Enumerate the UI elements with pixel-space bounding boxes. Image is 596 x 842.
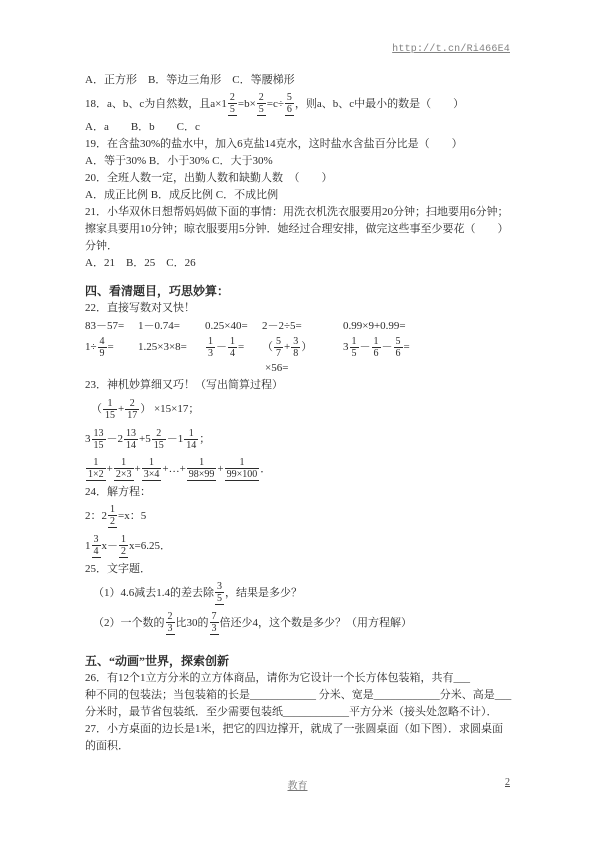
text-run: （2）一个数的 [93, 616, 165, 630]
q19: 19．在含盐30%的盐水中，加入6克盐14克水，这时盐水含盐百分比是（ ） [85, 136, 512, 153]
fraction: 198×99 [187, 457, 217, 481]
fraction: 73 [210, 611, 219, 635]
q24: 24．解方程： [85, 484, 512, 501]
q22-row1: 83－57=1－0.74=0.25×40=2－2÷5=0.99×9+0.99= [85, 317, 512, 335]
fraction: 13×4 [142, 457, 162, 481]
text-run: 倍还少4，这个数是多少？（用方程解） [220, 616, 413, 630]
text-run: 18．a、b、c为自然数，且a×1 [85, 97, 227, 111]
text-run: +…+ [162, 462, 185, 476]
expression-cell: 0.25×40= [205, 318, 262, 335]
text-run: + [107, 462, 113, 476]
q18-choices: A．a B．b C．c [85, 119, 512, 136]
q23: 23．神机妙算细又巧！（写出简算过程） [85, 377, 512, 394]
fraction: 56 [285, 92, 294, 116]
text-run: 83－57= [85, 318, 124, 335]
text-run: ） ×15×17； [140, 402, 199, 416]
text-run: ，结果是多少？ [225, 586, 302, 600]
text-run: + [135, 462, 141, 476]
q26-line2: 种不同的包装法；当包装箱的长是____________ 分米、宽是_______… [85, 687, 512, 704]
q24-eq2: 134x－12x=6.25． [85, 531, 512, 561]
text-run: = [108, 339, 114, 356]
text-run: － [360, 339, 371, 356]
text-run: （1）4.6减去1.4的差去除 [93, 586, 214, 600]
q23-expr2: 31315－21314+5215－1114； [85, 424, 512, 454]
q27-line2: 的面积． [85, 738, 512, 755]
q25-part2: （2）一个数的23比30的73倍还少4，这个数是多少？（用方程解） [93, 608, 512, 638]
q19-choices: A．等于30% B．小于30% C．大于30% [85, 153, 512, 170]
text-run: 0.25×40= [205, 318, 248, 335]
text-run: － [216, 339, 227, 356]
text-run: = [404, 339, 410, 356]
expression-cell: 1－0.74= [138, 318, 205, 335]
fraction: 114 [184, 428, 198, 451]
fraction: 12 [119, 534, 128, 558]
q23-expr1: （115+217） ×15×17； [91, 394, 512, 424]
q21-line2: 擦家具要用10分钟；晾衣服要用5分钟．她经过合理安排，做完这些事至少要花（ ） [85, 221, 512, 238]
text-run: + [284, 339, 290, 356]
fraction: 13 [206, 336, 215, 359]
fraction: 49 [98, 336, 107, 359]
text-run: + [217, 462, 223, 476]
fraction: 217 [125, 398, 139, 421]
fraction: 14 [228, 336, 237, 359]
text-run: ） [301, 339, 312, 356]
section-5-heading: 五、“动画”世界，探索创新 [85, 652, 512, 670]
fraction: 11×2 [86, 457, 106, 481]
text-run: x=6.25． [129, 539, 171, 553]
text-run: ； [199, 432, 210, 446]
expression-cell: 1÷49= [85, 335, 138, 360]
fraction: 57 [274, 336, 283, 359]
q18: 18．a、b、c为自然数，且a×125=b×25=c÷56，则a、b、c中最小的… [85, 89, 512, 119]
fraction: 215 [152, 428, 166, 451]
text-run: 比30的 [176, 616, 209, 630]
text-run: x－ [102, 539, 119, 553]
fraction: 25 [257, 92, 266, 116]
fraction: 35 [215, 581, 224, 605]
fraction: 56 [394, 336, 403, 359]
fraction: 1315 [92, 428, 106, 451]
page-footer: 教育 2 [85, 777, 510, 792]
fraction: 15 [350, 336, 359, 359]
document-lines: A．正方形 B．等边三角形 C．等腰梯形18．a、b、c为自然数，且a×125=… [85, 72, 512, 755]
q22: 22．直接写数对又快！ [85, 300, 512, 317]
text-run: =c÷ [267, 97, 284, 111]
q21-line1: 21．小华双休日想帮妈妈做下面的事情：用洗衣机洗衣服要用20分钟；扫地要用6分钟… [85, 204, 512, 221]
q22-row2-continued: ×56= [265, 360, 512, 377]
text-run: 2－2÷5= [262, 318, 302, 335]
q27-line1: 27．小方桌面的边长是1米，把它的四边撑开，就成了一张圆桌面（如下图）．求圆桌面 [85, 721, 512, 738]
q26-line1: 26．有12个1立方分米的立方体商品，请你为它设计一个长方体包装箱，共有___ [85, 670, 512, 687]
q24-eq1: 2：212=x：5 [85, 501, 512, 531]
text-run: 3 [343, 339, 349, 356]
text-run: + [118, 402, 124, 416]
q21-line3: 分钟． [85, 238, 512, 255]
q21-choices: A．21 B．25 C．26 [85, 255, 512, 272]
fraction: 16 [372, 336, 381, 359]
expression-cell: 13－14= [205, 335, 262, 360]
text-run: 2：2 [85, 509, 107, 523]
expression-cell: 315－16－56= [343, 335, 410, 360]
worksheet-page: http://t.cn/Ri466E4 A．正方形 B．等边三角形 C．等腰梯形… [0, 0, 596, 842]
text-run: －2 [107, 432, 124, 446]
q22-row2: 1÷49=1.25×3×8=13－14=（57+38）315－16－56= [85, 335, 512, 360]
fraction: 12 [108, 504, 117, 528]
text-run: － [382, 339, 393, 356]
q17-choices: A．正方形 B．等边三角形 C．等腰梯形 [85, 72, 512, 89]
fraction: 12×3 [114, 457, 134, 481]
fraction: 115 [103, 398, 117, 421]
fraction: 34 [92, 534, 101, 558]
text-run: = [238, 339, 244, 356]
text-run: （ [91, 402, 102, 416]
page-number: 2 [505, 777, 510, 788]
expression-cell: 1.25×3×8= [138, 339, 205, 356]
text-run: ． [260, 462, 271, 476]
text-run: 0.99×9+0.99= [343, 318, 406, 335]
q23-expr3: 11×2+12×3+13×4+…+198×99+199×100． [85, 454, 512, 484]
expression-cell: 0.99×9+0.99= [343, 318, 406, 335]
text-run: 1÷ [85, 339, 97, 356]
header-short-url-link[interactable]: http://t.cn/Ri466E4 [392, 44, 510, 55]
fraction: 1314 [124, 428, 138, 451]
text-run: 1.25×3×8= [138, 339, 187, 356]
text-run: +5 [139, 432, 151, 446]
q20-choices: A．成正比例 B．成反比例 C．不成比例 [85, 187, 512, 204]
expression-cell: 2－2÷5= [262, 318, 343, 335]
fraction: 199×100 [225, 457, 260, 481]
text-run: （ [262, 339, 273, 356]
fraction: 38 [291, 336, 300, 359]
fraction: 23 [166, 611, 175, 635]
q26-line3: 分米时，最节省包装纸．至少需要包装纸____________平方分米（接头处忽略… [85, 704, 512, 721]
text-run: －1 [167, 432, 184, 446]
text-run: =x：5 [118, 509, 146, 523]
q20: 20．全班人数一定，出勤人数和缺勤人数 （ ） [85, 170, 512, 187]
footer-link[interactable]: 教育 [288, 781, 308, 792]
text-run: 1 [85, 539, 91, 553]
text-run: 3 [85, 432, 91, 446]
expression-cell: （57+38） [262, 335, 343, 360]
expression-cell: 83－57= [85, 318, 138, 335]
text-run: =b× [238, 97, 256, 111]
section-4-heading: 四、看清题目，巧思妙算： [85, 282, 512, 300]
fraction: 25 [228, 92, 237, 116]
text-run: 1－0.74= [138, 318, 180, 335]
text-run: ，则a、b、c中最小的数是（ ） [295, 97, 464, 111]
q25: 25．文字题． [85, 561, 512, 578]
q25-part1: （1）4.6减去1.4的差去除35，结果是多少？ [93, 578, 512, 608]
